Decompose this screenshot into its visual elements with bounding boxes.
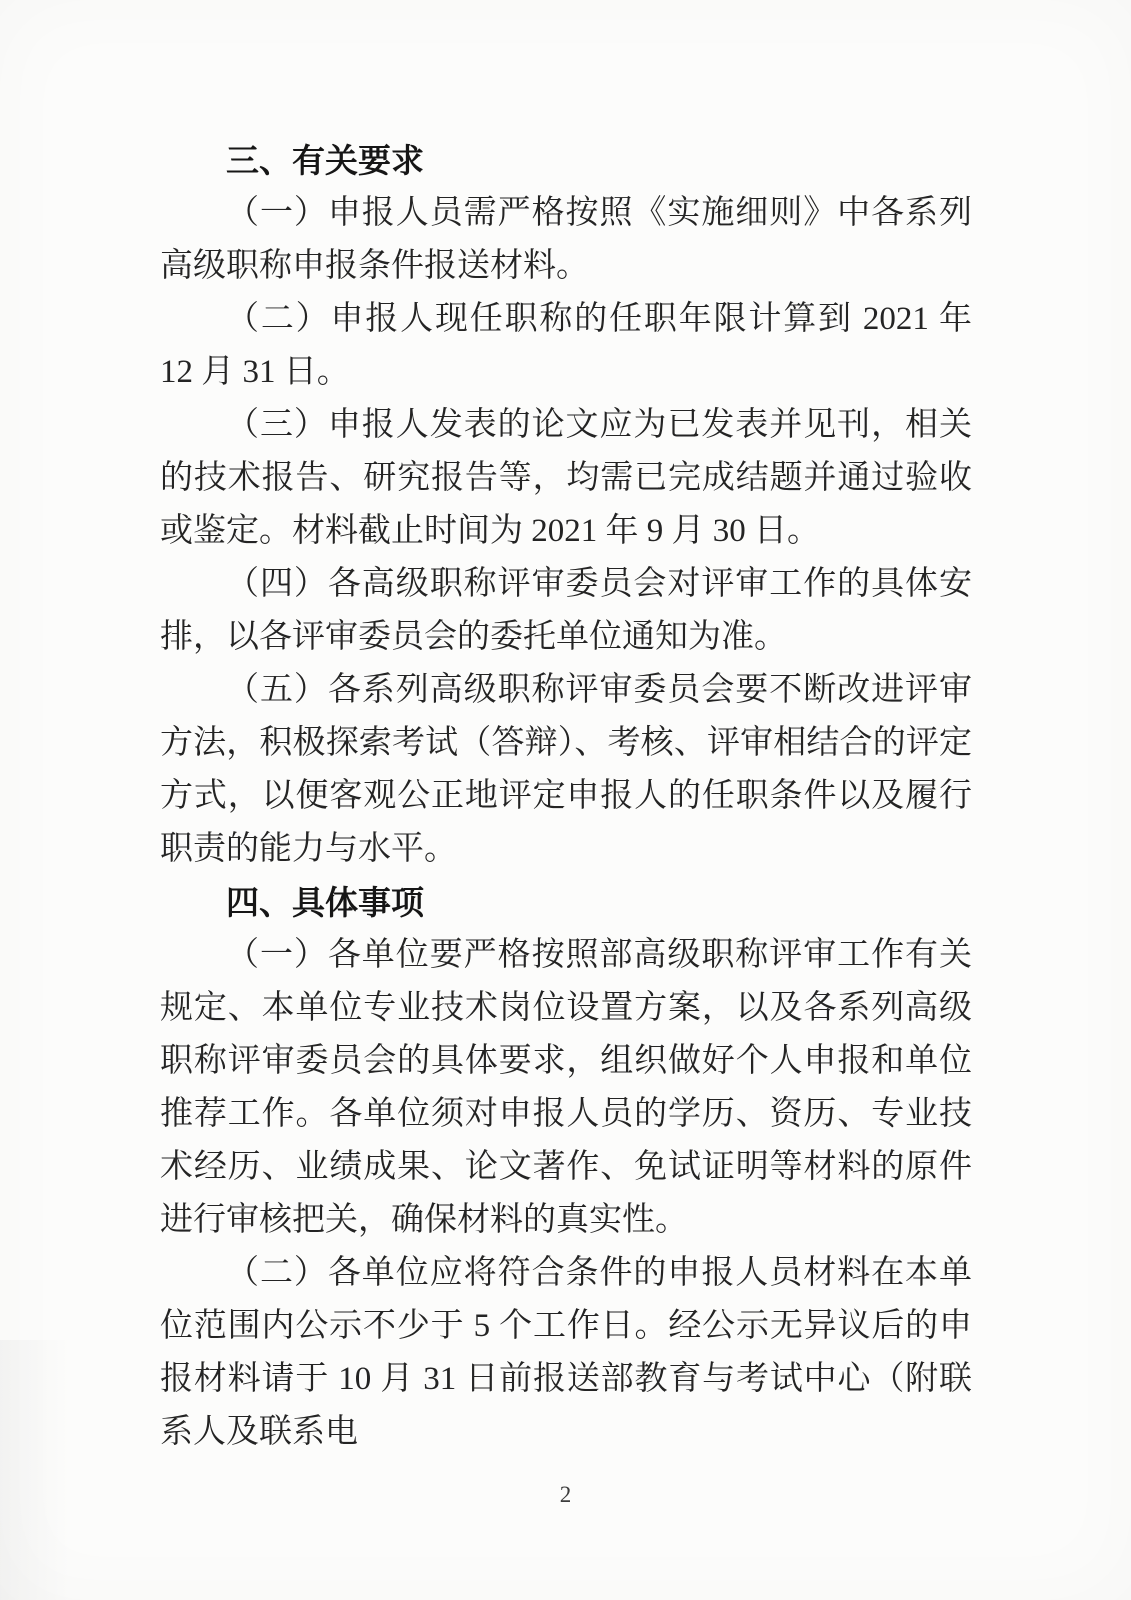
body-paragraph: （一）申报人员需严格按照《实施细则》中各系列高级职称申报条件报送材料。 — [160, 187, 972, 293]
body-paragraph: （五）各系列高级职称评审委员会要不断改进评审方法，积极探索考试（答辩）、考核、评… — [160, 664, 972, 876]
page-number: 2 — [0, 1480, 1131, 1510]
body-paragraph: （二）申报人现任职称的任职年限计算到 2021 年 12 月 31 日。 — [160, 293, 972, 399]
body-paragraph: （三）申报人发表的论文应为已发表并见刊，相关的技术报告、研究报告等，均需已完成结… — [160, 399, 972, 558]
document-body: 三、有关要求（一）申报人员需严格按照《实施细则》中各系列高级职称申报条件报送材料… — [160, 134, 972, 1459]
body-paragraph: （一）各单位要严格按照部高级职称评审工作有关规定、本单位专业技术岗位设置方案，以… — [160, 929, 972, 1247]
body-paragraph: （二）各单位应将符合条件的申报人员材料在本单位范围内公示不少于 5 个工作日。经… — [160, 1247, 972, 1459]
section-heading: 三、有关要求 — [160, 134, 972, 187]
scanned-document-page: 三、有关要求（一）申报人员需严格按照《实施细则》中各系列高级职称申报条件报送材料… — [0, 0, 1131, 1600]
body-paragraph: （四）各高级职称评审委员会对评审工作的具体安排，以各评审委员会的委托单位通知为准… — [160, 558, 972, 664]
section-heading: 四、具体事项 — [160, 876, 972, 929]
